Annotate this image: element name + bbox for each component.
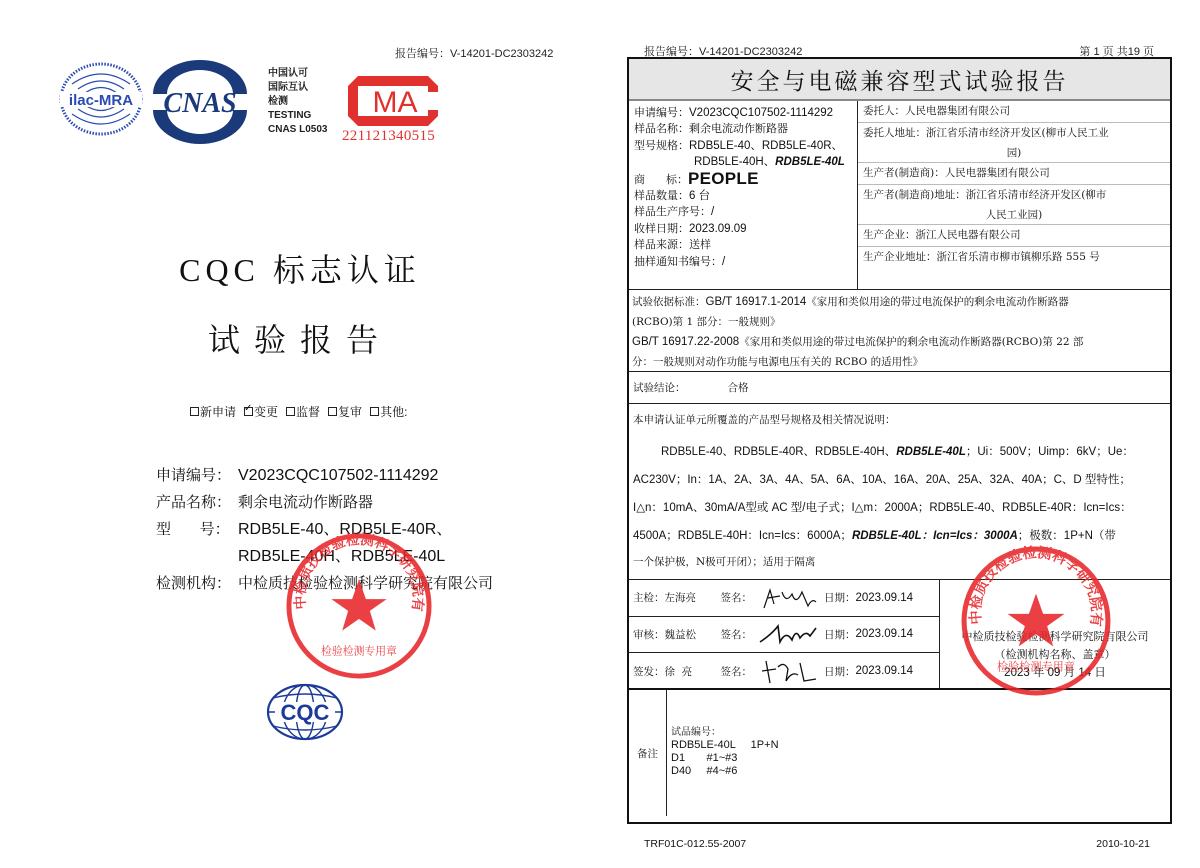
form-code: TRF01C-012.55-2007 xyxy=(644,838,746,850)
signature-icon xyxy=(758,584,818,612)
svg-text:检验检测专用章: 检验检测专用章 xyxy=(997,660,1075,674)
report-number: 报告编号：V-14201-DC2303242 xyxy=(395,45,553,61)
official-seal-icon: 中检质技检验检测科学研究院有限公司 检验检测专用章 xyxy=(285,532,433,680)
sample-info: 申请编号：V2023CQC107502-1114292 样品名称：剩余电流动作断… xyxy=(629,101,858,289)
sample-and-client-section: 申请编号：V2023CQC107502-1114292 样品名称：剩余电流动作断… xyxy=(629,101,1170,290)
ilac-mra-logo-icon: ilac-MRA xyxy=(58,62,144,136)
report-title: 安全与电磁兼容型式试验报告 xyxy=(629,59,1170,101)
svg-text:检验检测专用章: 检验检测专用章 xyxy=(321,643,397,657)
client-address-field: 委托人地址：浙江省乐清市经济开发区(柳市人民工业园) xyxy=(858,123,1170,163)
test-report-page: 报告编号：V-14201-DC2303242 第 1 页 共19 页 安全与电磁… xyxy=(600,0,1200,868)
official-seal-icon: 中检质技检验检测科学研究院有限公司 检验检测专用章 xyxy=(960,545,1112,697)
cover-title-line1: CQC 标志认证 xyxy=(0,245,600,291)
report-table: 安全与电磁兼容型式试验报告 申请编号：V2023CQC107502-111429… xyxy=(627,57,1172,824)
cover-title-line2: 试验报告 xyxy=(0,315,600,361)
checkbox-other[interactable]: 其他: xyxy=(370,403,407,420)
client-field: 委托人：人民电器集团有限公司 xyxy=(858,101,1170,123)
signature-icon xyxy=(758,657,818,685)
test-standards-section: 试验依据标准：GB/T 16917.1-2014《家用和类似用途的带过电流保护的… xyxy=(629,290,1170,372)
application-type-checkboxes: 新申请 变更 监督 复审 其他: xyxy=(190,403,407,420)
cnas-accreditation-text: 中国认可 国际互认 检测 TESTING CNAS L0503 xyxy=(268,67,327,137)
svg-text:CNAS: CNAS xyxy=(163,88,236,119)
svg-text:CQC: CQC xyxy=(281,700,330,725)
test-conclusion-section: 试验结论： 合格 xyxy=(629,372,1170,404)
manufacturer-field: 生产者(制造商)：人民电器集团有限公司 xyxy=(858,163,1170,185)
signature-icon xyxy=(758,620,818,648)
checkbox-new-application[interactable]: 新申请 xyxy=(190,403,236,420)
issuer-row: 签发：徐 亮 签名： 日期：2023.09.14 xyxy=(629,653,939,690)
remarks-section: 备注 试品编号：RDB5LE-40L 1P+ND1 #1~#3D40 #4~#6 xyxy=(629,690,1170,816)
application-number: V2023CQC107502-1114292 xyxy=(238,462,438,489)
factory-field: 生产企业：浙江人民电器有限公司 xyxy=(858,225,1170,247)
checkbox-supervision[interactable]: 监督 xyxy=(286,403,320,420)
svg-text:ilac-MRA: ilac-MRA xyxy=(69,92,133,109)
reviewer-row: 审核：魏益松 签名： 日期：2023.09.14 xyxy=(629,617,939,654)
checkbox-icon xyxy=(286,407,295,416)
svg-text:MA: MA xyxy=(373,86,418,119)
manufacturer-address-field: 生产者(制造商)地址：浙江省乐清市经济开发区(柳市人民工业园) xyxy=(858,185,1170,225)
form-date: 2010-10-21 xyxy=(1096,838,1150,850)
cqc-cover-page: 报告编号：V-14201-DC2303242 ilac-MRA CNAS 中国认… xyxy=(0,0,600,868)
checkbox-icon xyxy=(190,407,199,416)
client-info: 委托人：人民电器集团有限公司 委托人地址：浙江省乐清市经济开发区(柳市人民工业园… xyxy=(858,101,1170,289)
cma-number: 221121340515 xyxy=(342,128,435,145)
conclusion-result: 合格 xyxy=(728,380,749,395)
factory-address-field: 生产企业地址：浙江省乐清市柳市镇柳乐路 555 号 xyxy=(858,247,1170,268)
checkbox-change[interactable]: 变更 xyxy=(244,403,278,420)
remarks-label: 备注 xyxy=(629,690,667,816)
product-name: 剩余电流动作断路器 xyxy=(238,489,373,516)
checkbox-icon xyxy=(370,407,379,416)
cnas-logo-icon: CNAS xyxy=(135,58,265,144)
trademark: PEOPLE xyxy=(688,169,759,188)
checkbox-review[interactable]: 复审 xyxy=(328,403,362,420)
cqc-logo-icon: CQC xyxy=(265,682,345,742)
signature-rows: 主检：左海亮 签名： 日期：2023.09.14 审核：魏益松 签名： 日期：2… xyxy=(629,580,940,688)
cma-logo-icon: MA xyxy=(340,70,446,130)
inspector-row: 主检：左海亮 签名： 日期：2023.09.14 xyxy=(629,580,939,617)
remarks-body: 试品编号：RDB5LE-40L 1P+ND1 #1~#3D40 #4~#6 xyxy=(667,690,779,816)
checkbox-icon xyxy=(328,407,337,416)
checkbox-checked-icon xyxy=(244,407,253,416)
